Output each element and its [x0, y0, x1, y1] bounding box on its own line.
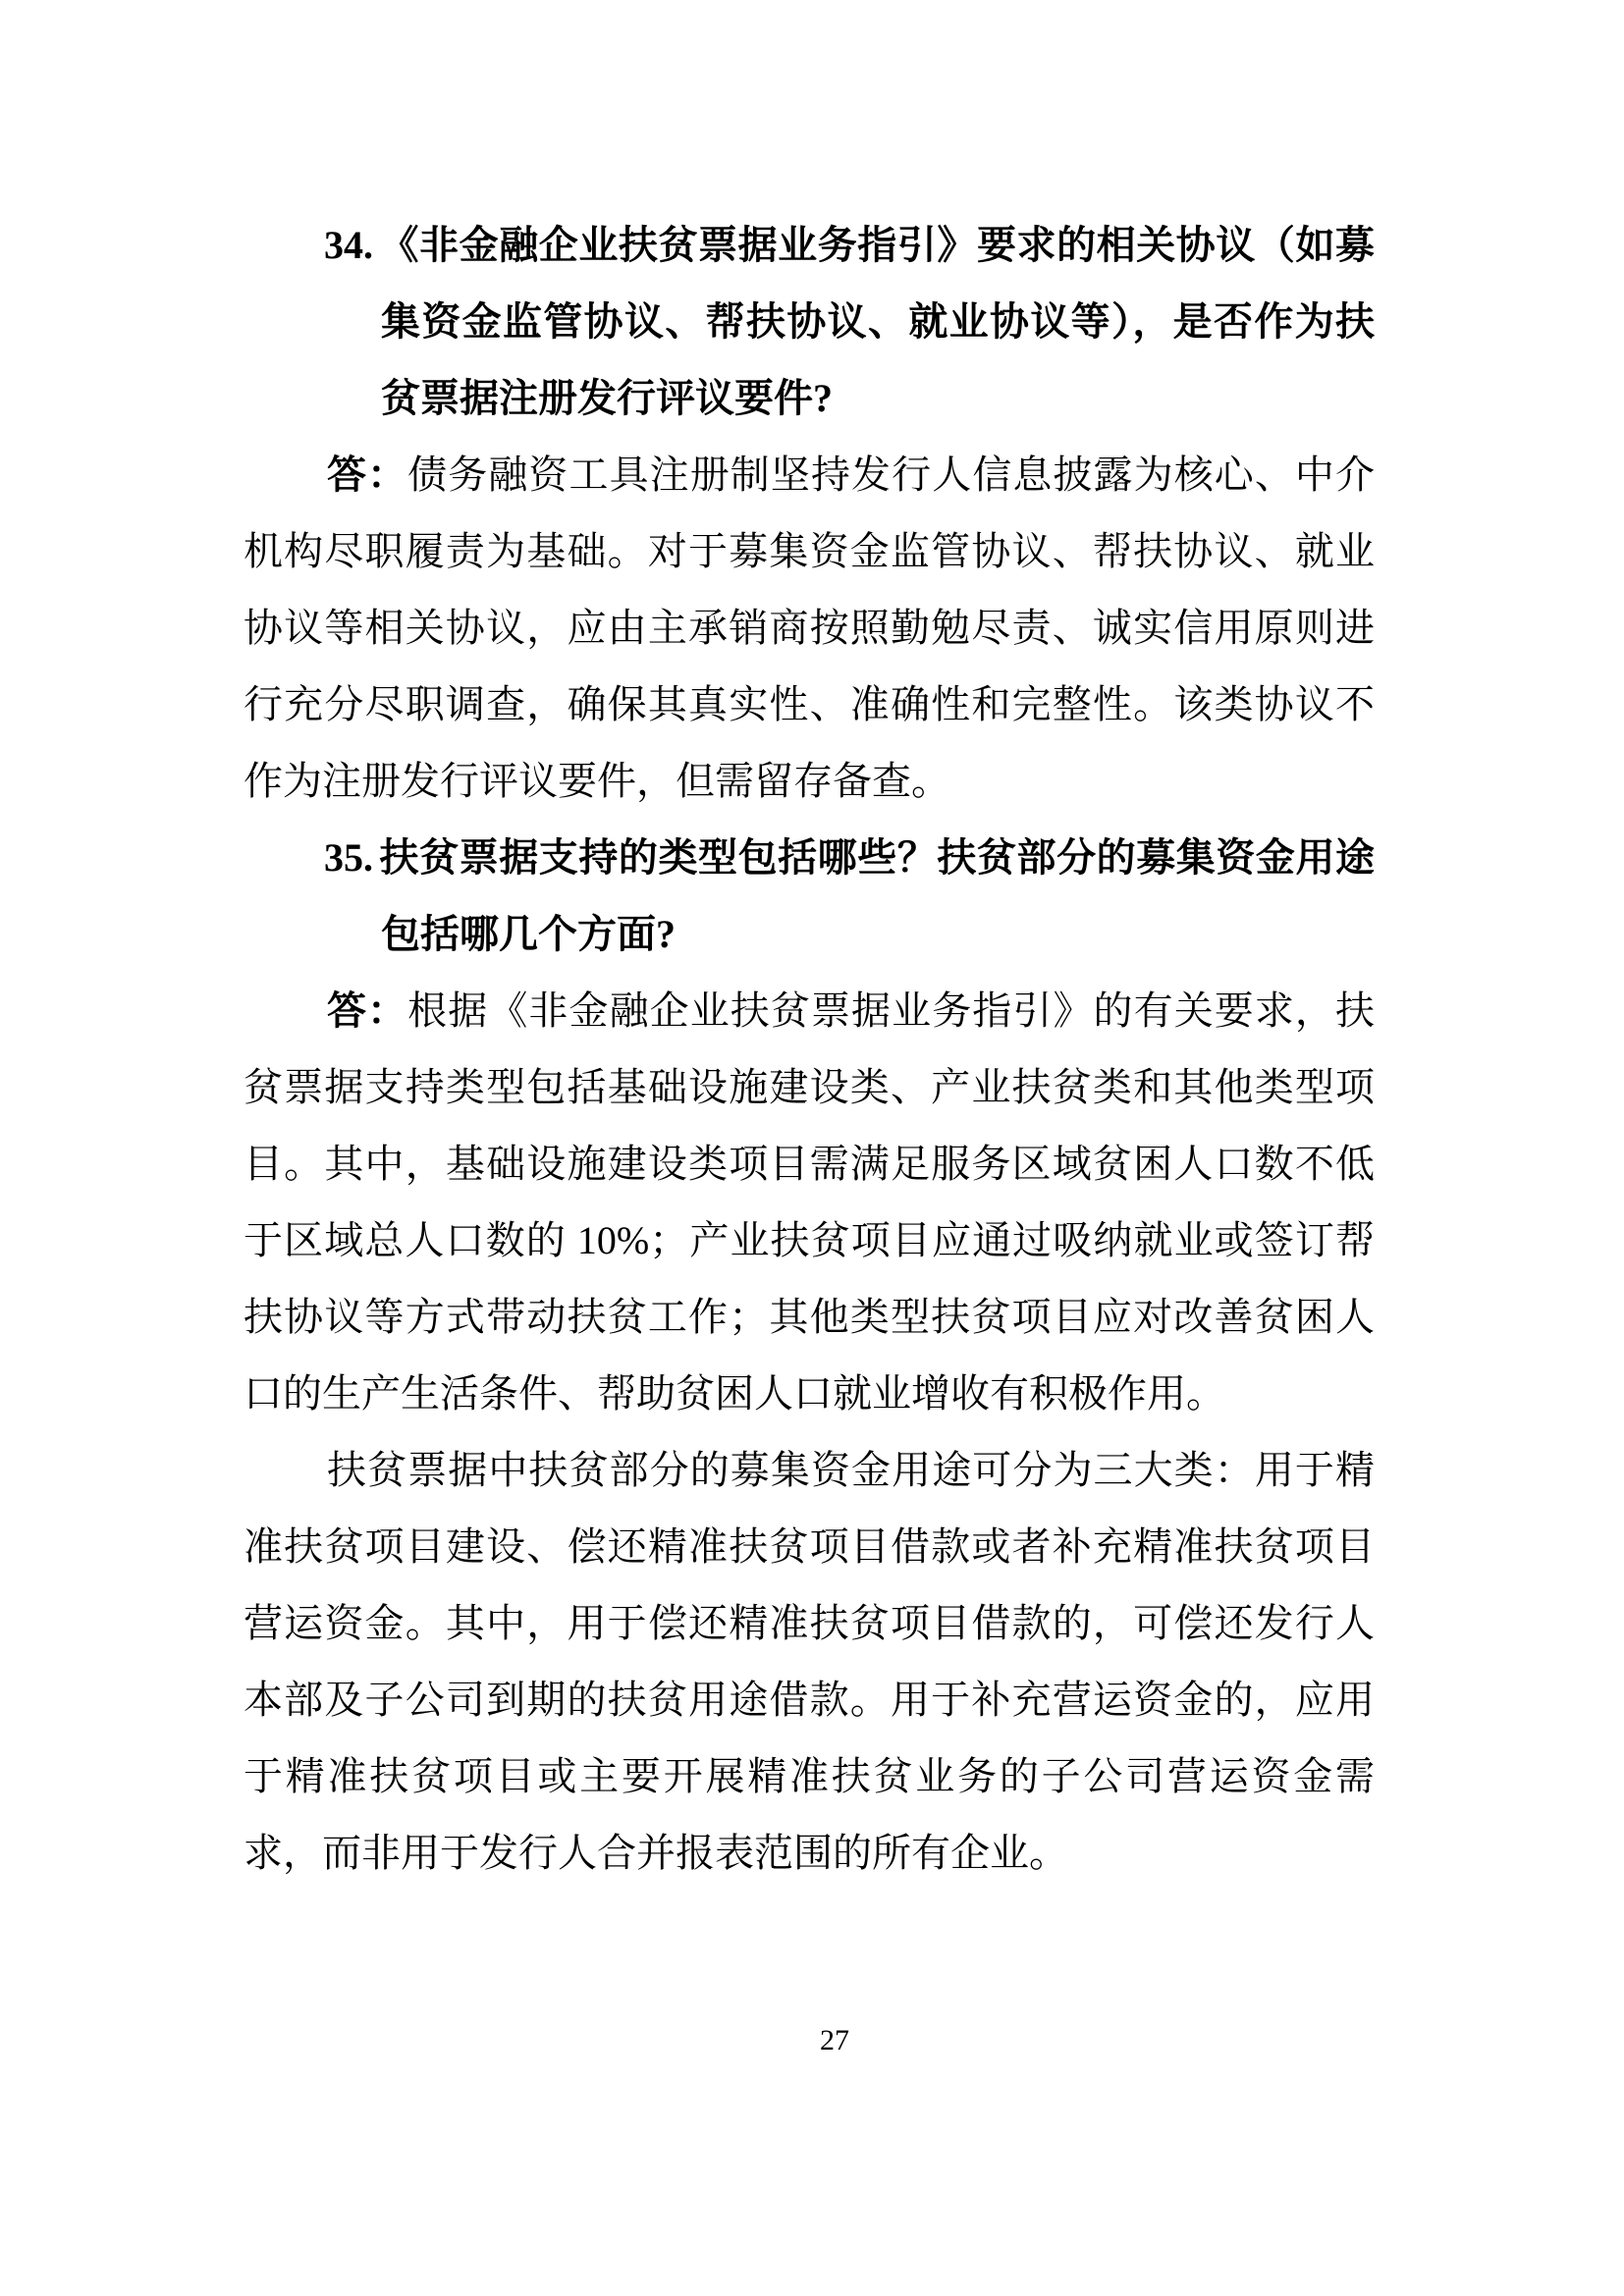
question-35-number: 35. — [324, 835, 373, 880]
question-35-text: 扶贫票据支持的类型包括哪些？扶贫部分的募集资金用途包括哪几个方面? — [379, 835, 1375, 956]
question-34-number: 34. — [324, 223, 373, 267]
question-35: 35.扶贫票据支持的类型包括哪些？扶贫部分的募集资金用途包括哪几个方面? — [244, 820, 1375, 973]
document-page: 34.《非金融企业扶贫票据业务指引》要求的相关协议（如募集资金监管协议、帮扶协议… — [0, 0, 1624, 2296]
answer-35-paragraph-2: 扶贫票据中扶贫部分的募集资金用途可分为三大类：用于精准扶贫项目建设、偿还精准扶贫… — [244, 1432, 1375, 1892]
question-34: 34.《非金融企业扶贫票据业务指引》要求的相关协议（如募集资金监管协议、帮扶协议… — [244, 207, 1375, 437]
answer-35-label: 答： — [327, 988, 407, 1033]
answer-34-paragraph-1: 债务融资工具注册制坚持发行人信息披露为核心、中介机构尽职履责为基础。对于募集资金… — [244, 453, 1375, 803]
page-number: 27 — [23, 2022, 1624, 2059]
question-34-text: 《非金融企业扶贫票据业务指引》要求的相关协议（如募集资金监管协议、帮扶协议、就业… — [379, 223, 1375, 420]
answer-35-paragraph-1-wrap: 答：根据《非金融企业扶贫票据业务指引》的有关要求，扶贫票据支持类型包括基础设施建… — [244, 973, 1375, 1432]
page-content: 34.《非金融企业扶贫票据业务指引》要求的相关协议（如募集资金监管协议、帮扶协议… — [244, 207, 1375, 1892]
answer-34-label: 答： — [327, 453, 407, 497]
answer-35-paragraph-1: 根据《非金融企业扶贫票据业务指引》的有关要求，扶贫票据支持类型包括基础设施建设类… — [244, 988, 1375, 1415]
answer-34: 答：债务融资工具注册制坚持发行人信息披露为核心、中介机构尽职履责为基础。对于募集… — [244, 437, 1375, 820]
